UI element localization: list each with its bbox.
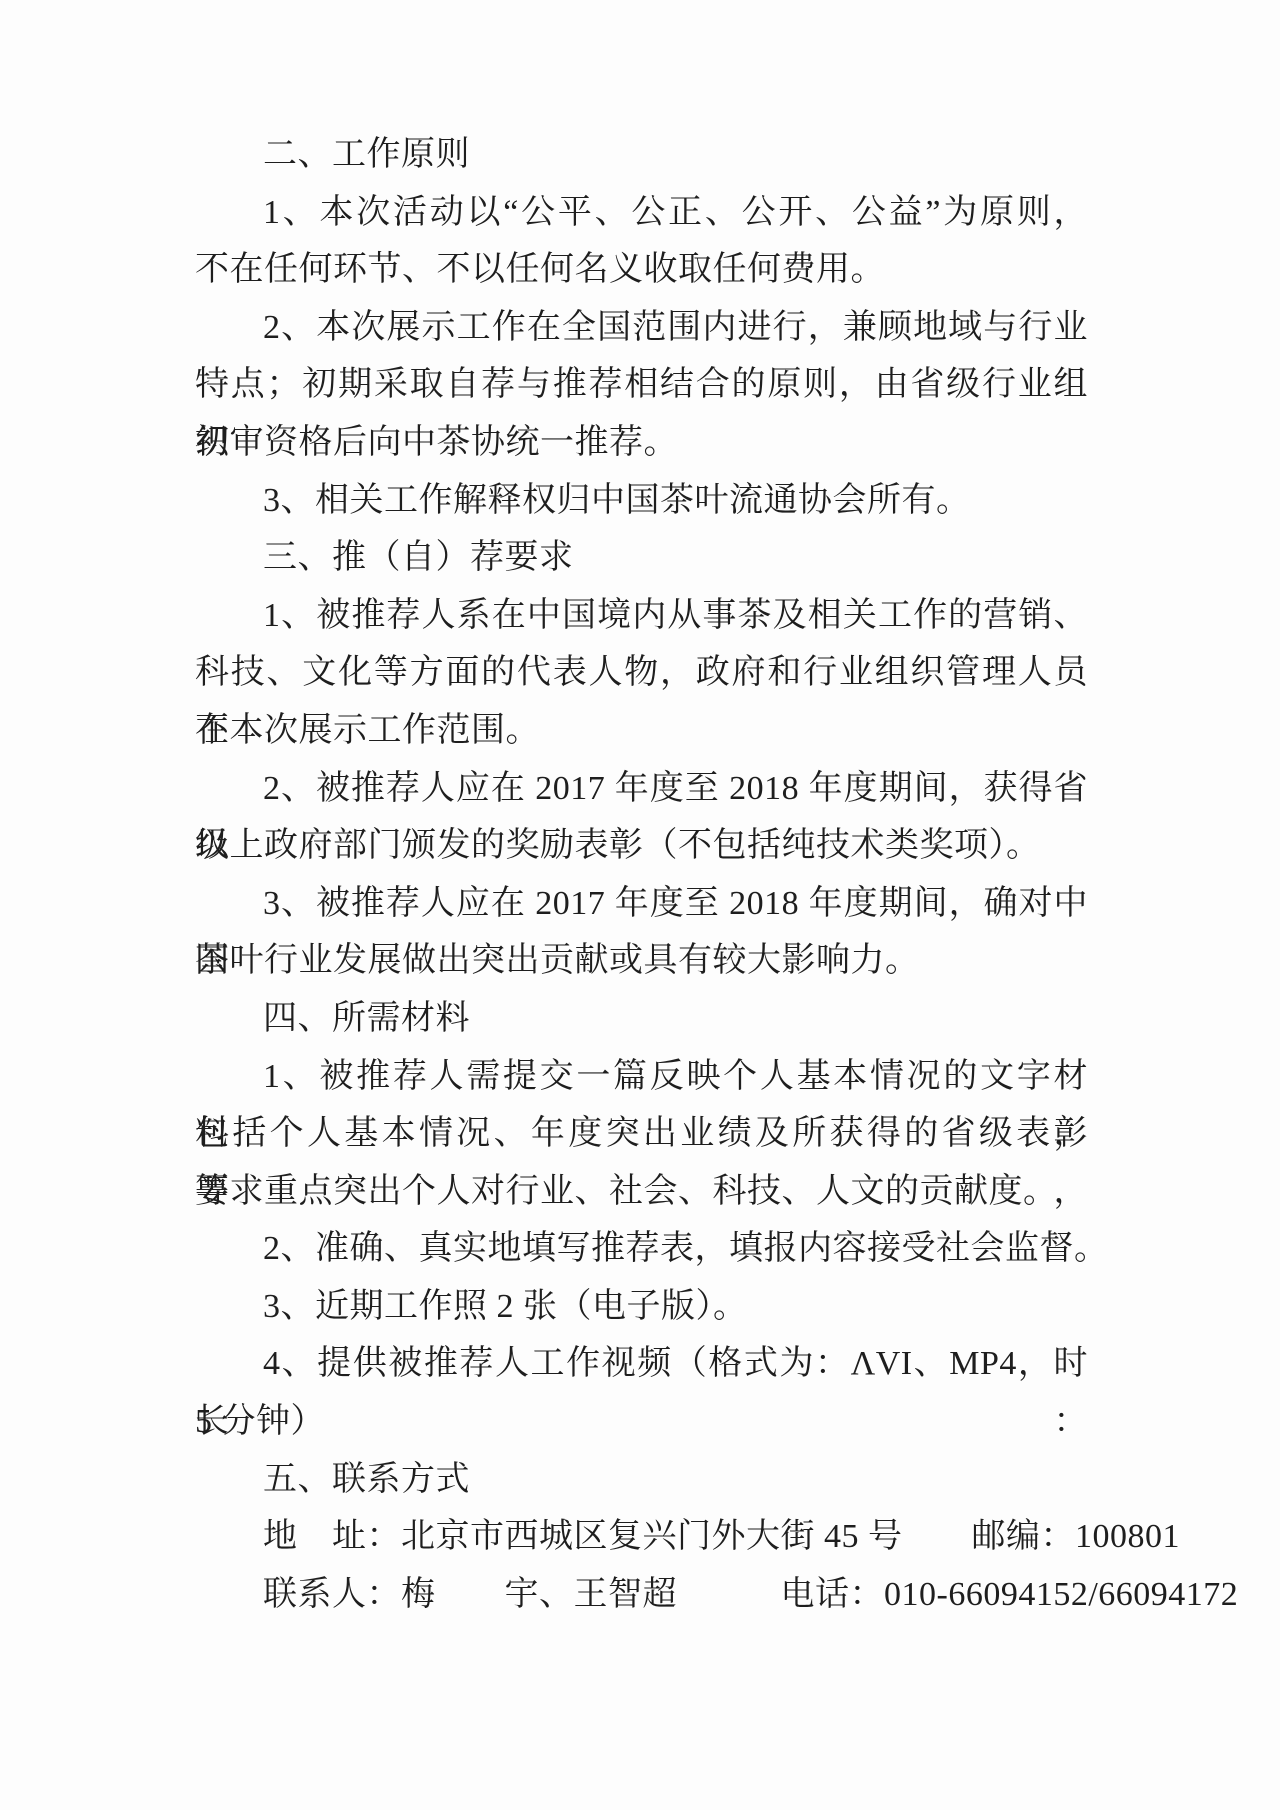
section-heading-2: 二、工作原则 [195,126,1088,184]
paragraph-line: 2、准确、真实地填写推荐表，填报内容接受社会监督。 [195,1220,1088,1278]
paragraph-line: 1、被推荐人需提交一篇反映个人基本情况的文字材料， [195,1048,1088,1106]
paragraph-line: 1、本次活动以“公平、公正、公开、公益”为原则， [195,184,1088,242]
contact-address-line: 地 址：北京市西城区复兴门外大街 45 号 邮编：100801 [195,1508,1088,1566]
contact-person-line: 联系人：梅 宇、王智超 电话：010-66094152/66094172 [195,1566,1088,1624]
paragraph-line: 包括个人基本情况、年度突出业绩及所获得的省级表彰等， [195,1105,1088,1163]
paragraph-line: 科技、文化等方面的代表人物，政府和行业组织管理人员不 [195,644,1088,702]
paragraph-line: 初审资格后向中茶协统一推荐。 [195,414,1088,472]
paragraph-line: 以上政府部门颁发的奖励表彰（不包括纯技术类奖项）。 [195,817,1088,875]
section-heading-4: 四、所需材料 [195,990,1088,1048]
paragraph-line: 3、近期工作照 2 张（电子版）。 [195,1278,1088,1336]
document-page: 二、工作原则 1、本次活动以“公平、公正、公开、公益”为原则， 不在任何环节、不… [0,0,1280,1810]
paragraph-line: 4、提供被推荐人工作视频（格式为：ΛVI、MP4，时长： [195,1335,1088,1393]
paragraph-line: 在本次展示工作范围。 [195,702,1088,760]
paragraph-line: 要求重点突出个人对行业、社会、科技、人文的贡献度。 [195,1163,1088,1221]
paragraph-line: 1、被推荐人系在中国境内从事茶及相关工作的营销、 [195,587,1088,645]
paragraph-line: 2、被推荐人应在 2017 年度至 2018 年度期间，获得省级 [195,760,1088,818]
paragraph-line: 2、本次展示工作在全国范围内进行，兼顾地域与行业 [195,299,1088,357]
paragraph-line: 3、相关工作解释权归中国茶叶流通协会所有。 [195,472,1088,530]
paragraph-line: 特点；初期采取自荐与推荐相结合的原则，由省级行业组织 [195,356,1088,414]
section-heading-3: 三、推（自）荐要求 [195,529,1088,587]
paragraph-line: 3、被推荐人应在 2017 年度至 2018 年度期间，确对中国 [195,875,1088,933]
section-heading-5: 五、联系方式 [195,1451,1088,1509]
paragraph-line: 不在任何环节、不以任何名义收取任何费用。 [195,241,1088,299]
document-body: 二、工作原则 1、本次活动以“公平、公正、公开、公益”为原则， 不在任何环节、不… [195,126,1088,1623]
paragraph-line: 茶叶行业发展做出突出贡献或具有较大影响力。 [195,932,1088,990]
